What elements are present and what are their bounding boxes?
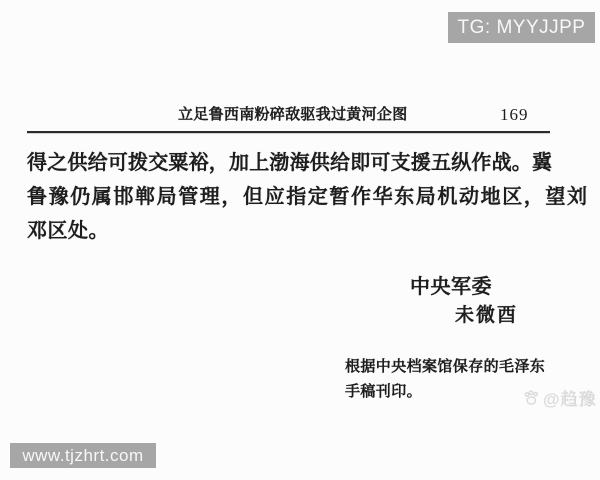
- source-note-line: 根据中央档案馆保存的毛泽东: [345, 355, 545, 380]
- corner-stamp-watermark: @趋豫: [523, 385, 597, 410]
- header-rule-divider: [27, 131, 550, 133]
- telegram-body-text: 得之供给可拨交粟裕，加上渤海供给即可支援五纵作战。冀 鲁豫仍属邯郸局管理，但应指…: [27, 146, 589, 248]
- signature-date-code: 未微酉: [455, 300, 518, 327]
- body-line: 邓区处。: [27, 214, 589, 248]
- paw-icon: [523, 390, 541, 406]
- website-watermark-text: www.tjzhrt.com: [22, 446, 143, 466]
- source-note: 根据中央档案馆保存的毛泽东 手稿刊印。: [345, 355, 545, 405]
- running-title: 立足鲁西南粉碎敌驱我过黄河企图: [178, 103, 408, 124]
- page-number: 169: [500, 105, 529, 125]
- telegram-watermark-box: TG: MYYJJPP: [448, 12, 595, 43]
- source-note-line: 手稿刊印。: [345, 380, 545, 405]
- website-watermark-box: www.tjzhrt.com: [10, 443, 156, 468]
- body-line: 鲁豫仍属邯郸局管理，但应指定暂作华东局机动地区，望刘: [27, 180, 589, 214]
- signature-signer: 中央军委: [410, 270, 492, 299]
- telegram-watermark-text: TG: MYYJJPP: [458, 17, 586, 39]
- body-line: 得之供给可拨交粟裕，加上渤海供给即可支援五纵作战。冀: [27, 146, 589, 180]
- scanned-document-page: TG: MYYJJPP 立足鲁西南粉碎敌驱我过黄河企图 169 得之供给可拨交粟…: [0, 0, 600, 480]
- corner-stamp-text: @趋豫: [543, 385, 597, 410]
